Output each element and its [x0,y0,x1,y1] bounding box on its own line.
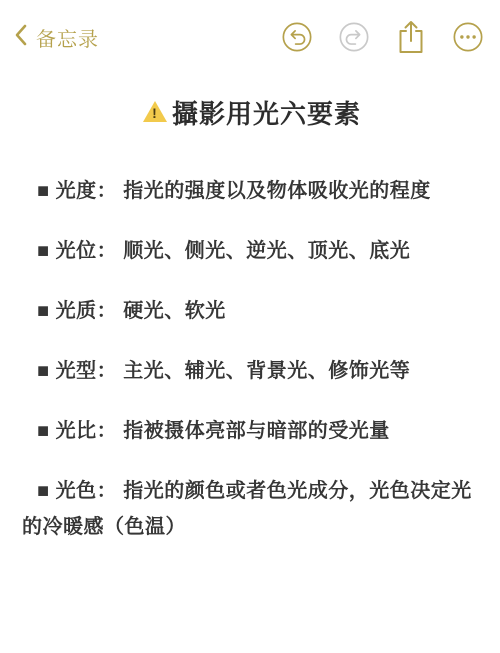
undo-icon [281,21,313,53]
redo-button[interactable] [338,21,370,53]
undo-button[interactable] [281,21,313,53]
ellipsis-circle-icon [452,21,484,53]
note-item-guangse: ■ 光色： 指光的颜色或者色光成分，光色决定光的冷暖感（色温） [22,473,482,545]
note-item-guangzhi: ■ 光质： 硬光、软光 [22,293,482,329]
share-button[interactable] [395,21,427,53]
share-icon [396,19,426,55]
note-editor[interactable]: ! 攝影用光六要素 ■ 光度： 指光的强度以及物体吸收光的程度 ■ 光位： 顺光… [0,94,500,545]
more-button[interactable] [452,21,484,53]
redo-icon [338,21,370,53]
note-title: ! 攝影用光六要素 [22,94,482,131]
note-item-guangwei: ■ 光位： 顺光、侧光、逆光、顶光、底光 [22,233,482,269]
note-item-guangxing: ■ 光型： 主光、辅光、背景光、修饰光等 [22,353,482,389]
toolbar-actions [281,21,484,53]
back-button[interactable]: 备忘录 [14,23,99,52]
note-item-guangbi: ■ 光比： 指被摄体亮部与暗部的受光量 [22,413,482,449]
note-item-guangdu: ■ 光度： 指光的强度以及物体吸收光的程度 [22,173,482,209]
toolbar: 备忘录 [0,0,500,58]
warning-icon: ! [143,101,167,122]
notes-app-screen: 备忘录 [0,0,500,653]
note-title-text: 攝影用光六要素 [172,94,361,131]
chevron-left-icon [14,24,27,51]
note-items: ■ 光度： 指光的强度以及物体吸收光的程度 ■ 光位： 顺光、侧光、逆光、顶光、… [22,173,482,545]
back-label: 备忘录 [36,23,99,52]
